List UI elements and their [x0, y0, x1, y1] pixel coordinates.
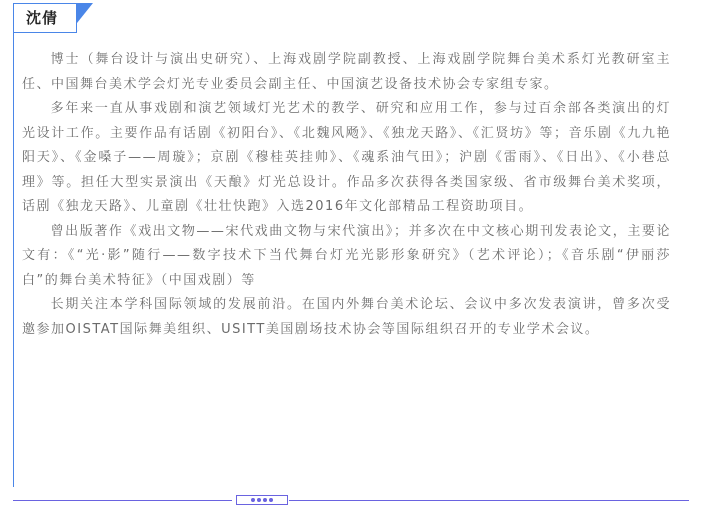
- dot-icon: [269, 498, 273, 502]
- paragraph-credentials: 博士（舞台设计与演出史研究）、上海戏剧学院副教授、上海戏剧学院舞台美术系灯光教研…: [22, 48, 671, 97]
- dot-icon: [257, 498, 261, 502]
- bottom-divider: [13, 499, 689, 509]
- title-corner-triangle-icon: [77, 3, 93, 23]
- title-box: 沈倩: [13, 3, 77, 33]
- dot-icon: [263, 498, 267, 502]
- page-title: 沈倩: [26, 9, 58, 27]
- paragraph-international: 长期关注本学科国际领域的发展前沿。在国内外舞台美术论坛、会议中多次发表演讲，曾多…: [22, 293, 671, 342]
- left-accent-line: [13, 33, 14, 487]
- divider-line-right: [289, 500, 689, 501]
- biography-content: 博士（舞台设计与演出史研究）、上海戏剧学院副教授、上海戏剧学院舞台美术系灯光教研…: [22, 48, 671, 342]
- divider-ornament: [236, 495, 288, 505]
- divider-line-left: [13, 500, 232, 501]
- paragraph-publications: 曾出版著作《戏出文物——宋代戏曲文物与宋代演出》；并多次在中文核心期刊发表论文，…: [22, 220, 671, 294]
- dot-icon: [251, 498, 255, 502]
- paragraph-works: 多年来一直从事戏剧和演艺领域灯光艺术的教学、研究和应用工作，参与过百余部各类演出…: [22, 97, 671, 220]
